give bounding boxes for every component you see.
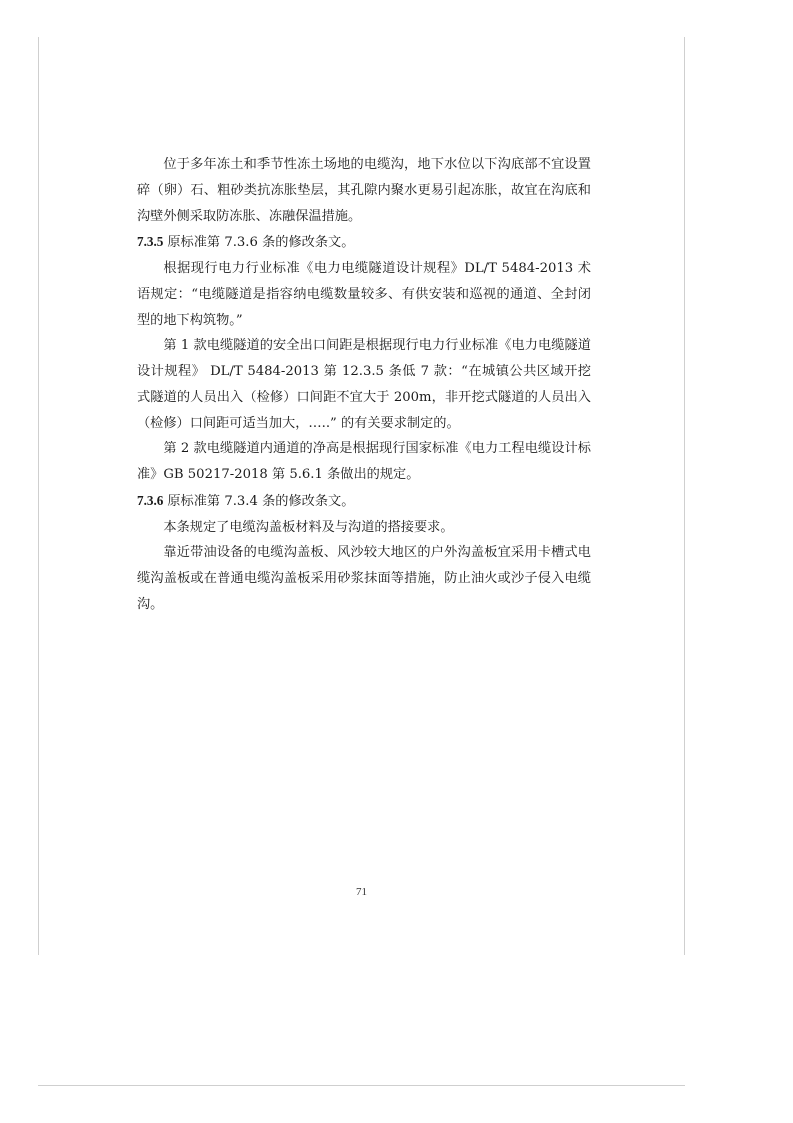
- clause-7-3-5: 7.3.5原标准第 7.3.6 条的修改条文。: [137, 229, 591, 256]
- document-body: 位于多年冻土和季节性冻土场地的电缆沟，地下水位以下沟底部不宜设置碎（卵）石、粗砂…: [137, 152, 591, 618]
- clause-text: 原标准第 7.3.4 条的修改条文。: [167, 494, 354, 509]
- clause-number: 7.3.6: [137, 493, 163, 508]
- paragraph-clear-height: 第 2 款电缆隧道内通道的净高是根据现行国家标准《电力工程电缆设计标准》GB 5…: [137, 436, 591, 488]
- clause-text: 原标准第 7.3.6 条的修改条文。: [167, 235, 354, 250]
- paragraph-exit-spacing: 第 1 款电缆隧道的安全出口间距是根据现行电力行业标准《电力电缆隧道设计规程》 …: [137, 333, 591, 436]
- page-border-right: [684, 37, 685, 955]
- clause-number: 7.3.5: [137, 234, 163, 249]
- paragraph-tunnel-definition: 根据现行电力行业标准《电力电缆隧道设计规程》DL/T 5484-2013 术语规…: [137, 256, 591, 333]
- paragraph-cover-plate-measures: 靠近带油设备的电缆沟盖板、风沙较大地区的户外沟盖板宜采用卡槽式电缆沟盖板或在普通…: [137, 540, 591, 617]
- page-border-left: [38, 37, 39, 955]
- paragraph-frozen-soil: 位于多年冻土和季节性冻土场地的电缆沟，地下水位以下沟底部不宜设置碎（卵）石、粗砂…: [137, 152, 591, 229]
- page-number: 71: [0, 886, 723, 898]
- paragraph-cover-plate-scope: 本条规定了电缆沟盖板材料及与沟道的搭接要求。: [137, 515, 591, 541]
- clause-7-3-6: 7.3.6原标准第 7.3.4 条的修改条文。: [137, 488, 591, 515]
- page-border-bottom: [38, 1085, 685, 1086]
